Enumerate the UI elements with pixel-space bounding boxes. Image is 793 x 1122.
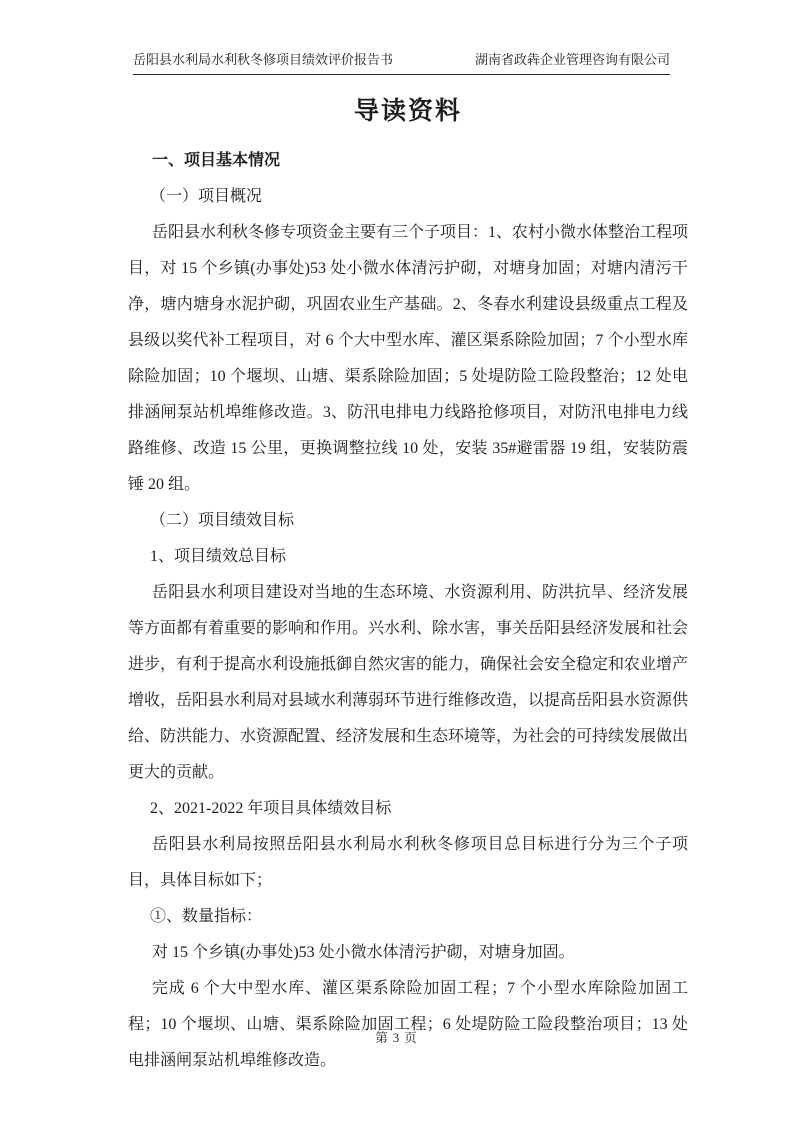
subheading-performance-goals: （二）项目绩效目标 <box>128 503 688 539</box>
subheading-total-goal: 1、项目绩效总目标 <box>128 539 688 575</box>
document-title: 导读资料 <box>128 95 688 129</box>
paragraph-quantity-1: 对 15 个乡镇(办事处)53 处小微水体清污护砌，对塘身加固。 <box>128 935 688 971</box>
document-page: 岳阳县水利局水利秋冬修项目绩效评价报告书 湖南省政犇企业管理咨询有限公司 导读资… <box>0 0 793 1122</box>
paragraph-total-goal: 岳阳县水利项目建设对当地的生态环境、水资源利用、防洪抗旱、经济发展等方面都有着重… <box>128 575 688 791</box>
paragraph-project-overview: 岳阳县水利秋冬修专项资金主要有三个子项目：1、农村小微水体整治工程项目，对 15… <box>128 215 688 503</box>
header-report-title: 岳阳县水利局水利秋冬修项目绩效评价报告书 <box>133 50 393 70</box>
page-number: 第 3 页 <box>375 1031 418 1045</box>
header-company-name: 湖南省政犇企业管理咨询有限公司 <box>475 50 670 70</box>
page-header: 岳阳县水利局水利秋冬修项目绩效评价报告书 湖南省政犇企业管理咨询有限公司 <box>133 50 670 75</box>
subheading-project-overview: （一）项目概况 <box>128 179 688 215</box>
subheading-specific-goal: 2、2021-2022 年项目具体绩效目标 <box>128 791 688 827</box>
paragraph-specific-goal-intro: 岳阳县水利局按照岳阳县水利局水利秋冬修项目总目标进行分为三个子项目，具体目标如下… <box>128 827 688 899</box>
page-footer: 第 3 页 <box>0 1028 793 1046</box>
subheading-quantity-indicator: ①、数量指标： <box>128 899 688 935</box>
paragraph-quantity-2: 完成 6 个大中型水库、灌区渠系除险加固工程；7 个小型水库除险加固工程；10 … <box>128 971 688 1079</box>
section-heading-basic-info: 一、项目基本情况 <box>128 143 688 179</box>
